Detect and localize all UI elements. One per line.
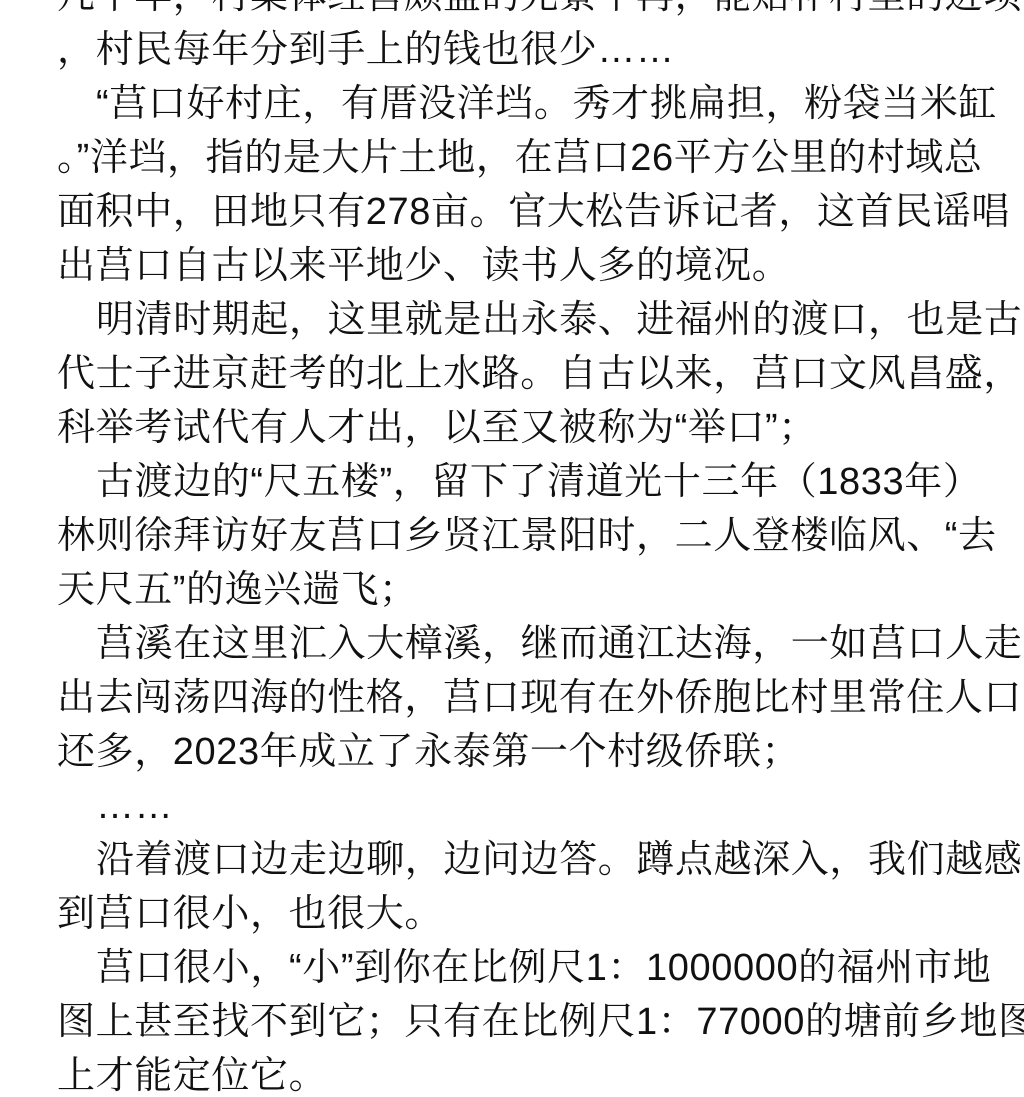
text-line: 代士子进京赶考的北上水路。自古以来，莒口文风昌盛， xyxy=(57,347,997,401)
text-line: 出莒口自古以来平地少、读书人多的境况。 xyxy=(57,239,997,293)
article-page: 几十年，村集体经营颇盛的光景不再，能贴补村里的进项，村民每年分到手上的钱也很少…… xyxy=(0,0,1024,1097)
text-line: 。”洋垱，指的是大片土地，在莒口26平方公里的村域总 xyxy=(57,131,997,185)
text-line: 几十年，村集体经营颇盛的光景不再，能贴补村里的进项 xyxy=(57,0,997,23)
text-line: 上才能定位它。 xyxy=(57,1049,997,1097)
text-line: “莒口好村庄，有厝没洋垱。秀才挑扁担，粉袋当米缸 xyxy=(57,77,997,131)
text-line: 明清时期起，这里就是出永泰、进福州的渡口，也是古 xyxy=(57,293,997,347)
text-line: 古渡边的“尺五楼”，留下了清道光十三年（1833年） xyxy=(57,455,997,509)
text-line: 莒口很小，“小”到你在比例尺1：1000000的福州市地 xyxy=(57,941,997,995)
article-text: 几十年，村集体经营颇盛的光景不再，能贴补村里的进项，村民每年分到手上的钱也很少…… xyxy=(57,0,997,1097)
text-line: …… xyxy=(57,779,997,833)
text-line: 还多，2023年成立了永泰第一个村级侨联； xyxy=(57,725,997,779)
text-line: 图上甚至找不到它；只有在比例尺1：77000的塘前乡地图 xyxy=(57,995,997,1049)
text-line: 沿着渡口边走边聊，边问边答。蹲点越深入，我们越感 xyxy=(57,833,997,887)
text-line: 林则徐拜访好友莒口乡贤江景阳时，二人登楼临风、“去 xyxy=(57,509,997,563)
text-line: 到莒口很小，也很大。 xyxy=(57,887,997,941)
text-line: 天尺五”的逸兴遄飞； xyxy=(57,563,997,617)
text-line: 出去闯荡四海的性格，莒口现有在外侨胞比村里常住人口 xyxy=(57,671,997,725)
text-line: 科举考试代有人才出，以至又被称为“举口”； xyxy=(57,401,997,455)
text-line: 面积中，田地只有278亩。官大松告诉记者，这首民谣唱 xyxy=(57,185,997,239)
text-line: ，村民每年分到手上的钱也很少…… xyxy=(57,23,997,77)
text-line: 莒溪在这里汇入大樟溪，继而通江达海，一如莒口人走 xyxy=(57,617,997,671)
